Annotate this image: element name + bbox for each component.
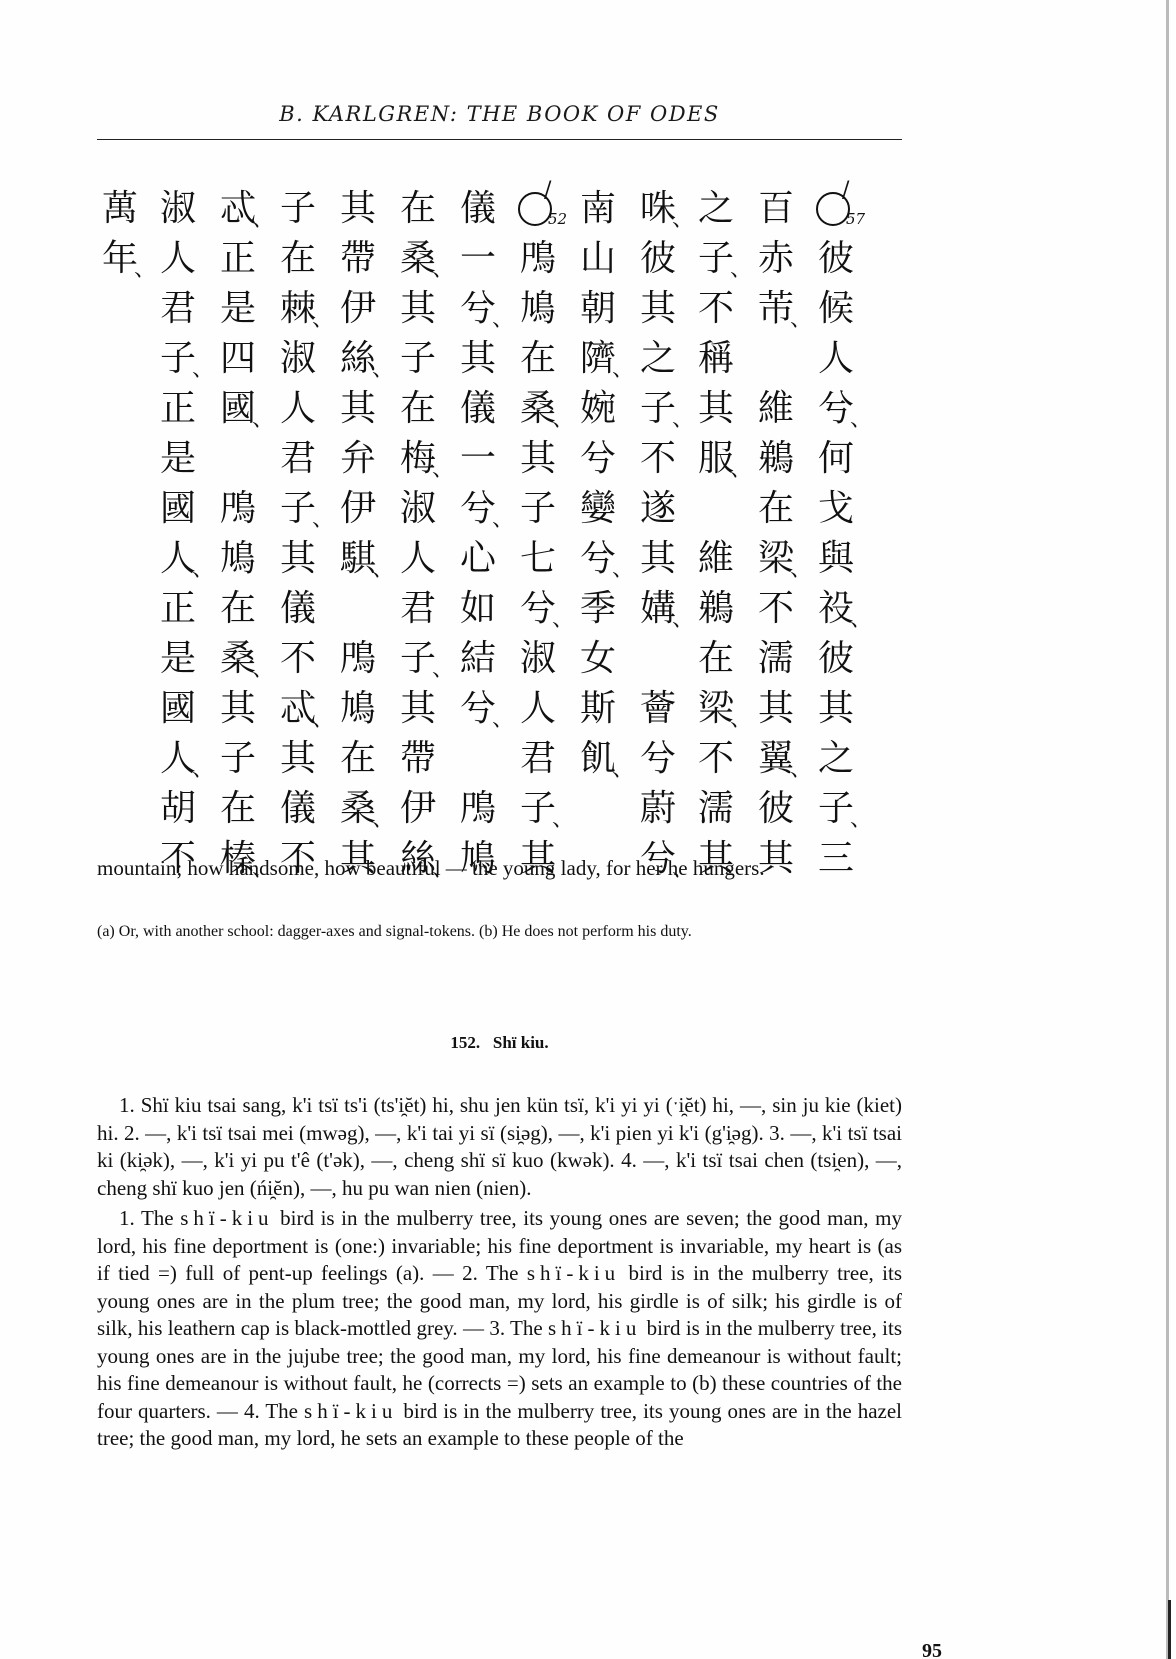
cjk-character: 國 (160, 484, 216, 534)
cjk-character: 在 (220, 584, 276, 634)
cjk-character: 稱 (698, 334, 754, 384)
footnote: (a) Or, with another school: dagger-axes… (97, 918, 902, 946)
cjk-character: 赤 (758, 234, 814, 284)
cjk-character: 其 (758, 684, 814, 734)
cjk-character: 兮、 (818, 384, 874, 434)
cjk-character: 子、 (160, 334, 216, 384)
cjk-character: 之 (640, 334, 696, 384)
cjk-character: 不 (698, 734, 754, 784)
cjk-character: 其 (698, 384, 754, 434)
cjk-character: 淑 (160, 184, 216, 234)
cjk-character: 與 (818, 534, 874, 584)
cjk-character: 維 (758, 384, 814, 434)
cjk-character: 兮、 (460, 684, 516, 734)
cjk-character: 不 (758, 584, 814, 634)
cjk-character: 鳩 (340, 684, 396, 734)
cjk-character: 梅、 (400, 434, 456, 484)
cjk-character: 其 (400, 684, 456, 734)
cjk-character: 山 (580, 234, 636, 284)
cjk-character: 子、 (400, 634, 456, 684)
cjk-character: 不 (640, 434, 696, 484)
cjk-character: 四 (220, 334, 276, 384)
cjk-character: 君 (160, 284, 216, 334)
cjk-character: 在 (340, 734, 396, 784)
cjk-character: 七 (520, 534, 576, 584)
cjk-character: 蔚 (640, 784, 696, 834)
cjk-character: 咮、 (640, 184, 696, 234)
cjk-character: 其 (400, 284, 456, 334)
cjk-character: 君 (280, 434, 336, 484)
cjk-character: 兮、 (460, 484, 516, 534)
cjk-character (340, 584, 396, 634)
cjk-character: 朝 (580, 284, 636, 334)
cjk-character: 子、 (520, 784, 576, 834)
cjk-character: 鳲 (340, 634, 396, 684)
cjk-character: 是 (160, 634, 216, 684)
cjk-character: 媾、 (640, 584, 696, 634)
cjk-character: 之 (818, 734, 874, 784)
cjk-character: 子 (280, 184, 336, 234)
cjk-character: 正 (160, 384, 216, 434)
section-title: Shï kiu. (493, 1033, 549, 1052)
cjk-character: 絲、 (340, 334, 396, 384)
cjk-character: 淑 (520, 634, 576, 684)
cjk-character: 人 (400, 534, 456, 584)
cjk-character: 鵜 (698, 584, 754, 634)
cjk-character: 子、 (280, 484, 336, 534)
cjk-character: 人 (160, 234, 216, 284)
cjk-character: 不 (698, 284, 754, 334)
cjk-character: 帶 (400, 734, 456, 784)
cjk-character: 是 (220, 284, 276, 334)
cjk-character: 鳩 (220, 534, 276, 584)
cjk-character: 候 (818, 284, 874, 334)
cjk-character: 胡 (160, 784, 216, 834)
cjk-character: 國 (160, 684, 216, 734)
cjk-character (460, 734, 516, 784)
spaced-term: shï-kiu (304, 1399, 397, 1423)
cjk-character: 兮 (640, 734, 696, 784)
cjk-character: 帶 (340, 234, 396, 284)
cjk-character: 隮、 (580, 334, 636, 384)
cjk-character: 正 (160, 584, 216, 634)
section-heading: 152. Shï kiu. (97, 1033, 902, 1053)
cjk-character: 儀 (280, 784, 336, 834)
page-edge-mark (1168, 1600, 1171, 1659)
cjk-character: 在 (698, 634, 754, 684)
cjk-character: 忒、 (280, 684, 336, 734)
cjk-character: 在 (220, 784, 276, 834)
cjk-character: 人 (520, 684, 576, 734)
cjk-character: 彼 (640, 234, 696, 284)
cjk-character: 年、 (102, 234, 158, 284)
cjk-character: 戈 (818, 484, 874, 534)
cjk-character: 芾、 (758, 284, 814, 334)
cjk-character: 君 (400, 584, 456, 634)
cjk-character: 棘、 (280, 284, 336, 334)
cjk-character: 彼 (818, 234, 874, 284)
cjk-character: 兮、 (520, 584, 576, 634)
cjk-character: 彼 (818, 634, 874, 684)
cjk-character: 其 (520, 434, 576, 484)
cjk-character: 子 (520, 484, 576, 534)
cjk-character: 儀 (460, 184, 516, 234)
cjk-character (580, 784, 636, 834)
continuation-paragraph: mountain; how handsome, how beautiful — … (97, 855, 902, 883)
cjk-character: 梁、 (758, 534, 814, 584)
cjk-character: 祋、 (818, 584, 874, 634)
cjk-character: 鳲 (220, 484, 276, 534)
cjk-character: 鳩 (520, 284, 576, 334)
cjk-character: 其 (280, 734, 336, 784)
marker-number: 52 (548, 210, 567, 228)
marker-number: 57 (846, 210, 865, 228)
spaced-term: shï-kiu (548, 1316, 641, 1340)
spaced-term: shï-kiu (527, 1261, 620, 1285)
cjk-character: 伊 (400, 784, 456, 834)
cjk-character: 維 (698, 534, 754, 584)
cjk-character: 伊 (340, 284, 396, 334)
cjk-character: 一 (460, 234, 516, 284)
cjk-character: 其 (340, 184, 396, 234)
cjk-character: 子 (400, 334, 456, 384)
cjk-character: 斯 (580, 684, 636, 734)
cjk-character: 一 (460, 434, 516, 484)
cjk-character: 國、 (220, 384, 276, 434)
cjk-character: 其 (220, 684, 276, 734)
cjk-character: 季 (580, 584, 636, 634)
cjk-character: 濡 (698, 784, 754, 834)
cjk-character: 正 (220, 234, 276, 284)
cjk-character: 彼 (758, 784, 814, 834)
cjk-character: 騏、 (340, 534, 396, 584)
cjk-character: 淑 (400, 484, 456, 534)
cjk-character: 百 (758, 184, 814, 234)
section-number: 152. (450, 1033, 480, 1052)
cjk-character: 服、 (698, 434, 754, 484)
cjk-character: 其 (340, 384, 396, 434)
cjk-character: 人、 (160, 534, 216, 584)
cjk-character: 鳲 (520, 234, 576, 284)
transcription-paragraph: 1. Shï kiu tsai sang, k'i tsï ts'i (ts'i… (97, 1092, 902, 1202)
translation-text: 1. The (119, 1206, 180, 1230)
cjk-character: 如 (460, 584, 516, 634)
cjk-character: 心 (460, 534, 516, 584)
cjk-character: 其 (818, 684, 874, 734)
cjk-character: 其 (460, 334, 516, 384)
cjk-character: 之 (698, 184, 754, 234)
cjk-character: 兮、 (580, 534, 636, 584)
cjk-character (698, 484, 754, 534)
cjk-character: 子、 (698, 234, 754, 284)
page-number: 95 (922, 1640, 942, 1659)
cjk-character: 子 (220, 734, 276, 784)
cjk-character: 其 (640, 284, 696, 334)
cjk-character: 在 (400, 384, 456, 434)
cjk-character: 鵜 (758, 434, 814, 484)
running-head: B. KARLGREN: THE BOOK OF ODES (97, 102, 902, 126)
stanza-marker-circle-icon: 57/ (816, 192, 869, 226)
cjk-character: 遂 (640, 484, 696, 534)
cjk-character: 忒、 (220, 184, 276, 234)
cjk-character: 不 (280, 634, 336, 684)
cjk-character: 孌 (580, 484, 636, 534)
cjk-character: 在 (280, 234, 336, 284)
cjk-character: 君 (520, 734, 576, 784)
cjk-character: 桑、 (400, 234, 456, 284)
cjk-character: 兮 (580, 434, 636, 484)
cjk-character: 兮、 (460, 284, 516, 334)
cjk-character: 淑 (280, 334, 336, 384)
cjk-character: 是 (160, 434, 216, 484)
spaced-term: shï-kiu (180, 1206, 273, 1230)
cjk-character: 婉 (580, 384, 636, 434)
page-edge-shadow (1166, 0, 1169, 1659)
cjk-character: 翼、 (758, 734, 814, 784)
cjk-character: 子、 (818, 784, 874, 834)
cjk-character: 在 (400, 184, 456, 234)
cjk-character: 桑、 (220, 634, 276, 684)
cjk-character (220, 434, 276, 484)
cjk-character: 南 (580, 184, 636, 234)
cjk-character: 儀 (280, 584, 336, 634)
cjk-character: 結 (460, 634, 516, 684)
cjk-character (758, 334, 814, 384)
translation-paragraph: 1. The shï-kiu bird is in the mulberry t… (97, 1205, 902, 1453)
cjk-character (640, 634, 696, 684)
cjk-character: 濡 (758, 634, 814, 684)
cjk-character: 人 (818, 334, 874, 384)
cjk-character: 弁 (340, 434, 396, 484)
cjk-character: 其 (640, 534, 696, 584)
cjk-character: 在 (520, 334, 576, 384)
cjk-character: 鳲 (460, 784, 516, 834)
cjk-character: 桑、 (520, 384, 576, 434)
cjk-character: 梁、 (698, 684, 754, 734)
chinese-text-block: 彼候人兮、何戈與祋、彼其之子、三百赤芾、維鵜在梁、不濡其翼、彼其之子、不稱其服、… (90, 180, 910, 820)
cjk-character: 伊 (340, 484, 396, 534)
cjk-character: 人、 (160, 734, 216, 784)
cjk-character: 子、 (640, 384, 696, 434)
stanza-marker-circle-icon: 52/ (518, 192, 571, 226)
cjk-character: 薈 (640, 684, 696, 734)
cjk-character: 桑、 (340, 784, 396, 834)
cjk-character: 儀 (460, 384, 516, 434)
cjk-character: 女 (580, 634, 636, 684)
cjk-character: 其 (280, 534, 336, 584)
book-page: B. KARLGREN: THE BOOK OF ODES 彼候人兮、何戈與祋、… (0, 0, 1176, 1659)
cjk-character: 萬 (102, 184, 158, 234)
cjk-character: 飢、 (580, 734, 636, 784)
cjk-character: 在 (758, 484, 814, 534)
cjk-character: 人 (280, 384, 336, 434)
header-rule (97, 139, 902, 140)
cjk-character: 何 (818, 434, 874, 484)
